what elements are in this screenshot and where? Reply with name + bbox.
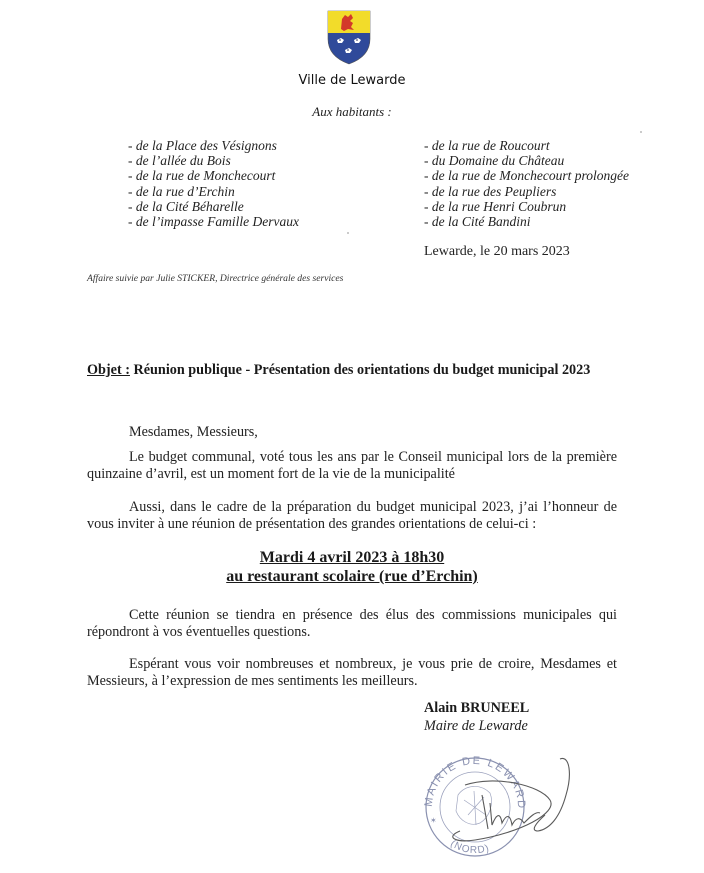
recipient-item: - de l’impasse Famille Dervaux <box>128 214 299 229</box>
addressee: Aux habitants : <box>0 104 704 120</box>
official-stamp-and-signature: MAIRIE DE LEWARDE (NORD) ✶ <box>420 745 590 860</box>
event-location: au restaurant scolaire (rue d’Erchin) <box>0 568 704 586</box>
affaire-line: Affaire suivie par Julie STICKER, Direct… <box>87 273 343 284</box>
paragraph-4-text: Espérant vous voir nombreuses et nombreu… <box>87 656 617 690</box>
coat-of-arms-icon <box>326 9 372 65</box>
subject-label: Objet : <box>87 362 130 378</box>
recipient-item: - de la Cité Béharelle <box>128 199 299 214</box>
recipient-item: - de la rue de Roucourt <box>424 138 629 153</box>
subject-text: Réunion publique - Présentation des orie… <box>130 362 590 378</box>
paragraph-3: Cette réunion se tiendra en présence des… <box>87 607 617 641</box>
stamp-text-top: MAIRIE DE LEWARDE <box>420 745 527 810</box>
greeting: Mesdames, Messieurs, <box>129 424 258 441</box>
recipients-left: - de la Place des Vésignons - de l’allée… <box>128 138 299 229</box>
recipient-item: - de la rue de Monchecourt prolongée <box>424 168 629 183</box>
town-name: Ville de Lewarde <box>0 73 704 88</box>
event-date: Mardi 4 avril 2023 à 18h30 <box>0 549 704 567</box>
recipient-item: - de la Cité Bandini <box>424 214 629 229</box>
recipient-item: - de la rue Henri Coubrun <box>424 199 629 214</box>
paragraph-1-text: Le budget communal, voté tous les ans pa… <box>87 449 617 483</box>
svg-text:✶: ✶ <box>430 816 437 825</box>
recipients-right: - de la rue de Roucourt - du Domaine du … <box>424 138 629 229</box>
paragraph-3-text: Cette réunion se tiendra en présence des… <box>87 607 617 641</box>
recipient-item: - de la rue d’Erchin <box>128 184 299 199</box>
recipient-item: - de la rue de Monchecourt <box>128 168 299 183</box>
signer-name: Alain BRUNEEL <box>424 700 529 717</box>
scan-speck <box>347 232 349 234</box>
paragraph-2-text: Aussi, dans le cadre de la préparation d… <box>87 499 617 533</box>
signer-title: Maire de Lewarde <box>424 718 528 735</box>
paragraph-1: Le budget communal, voté tous les ans pa… <box>87 449 617 483</box>
recipient-item: - du Domaine du Château <box>424 153 629 168</box>
paragraph-4: Espérant vous voir nombreuses et nombreu… <box>87 656 617 690</box>
subject-line: Objet : Réunion publique - Présentation … <box>87 362 590 379</box>
svg-text:MAIRIE DE LEWARDE: MAIRIE DE LEWARDE <box>420 745 527 810</box>
paragraph-2: Aussi, dans le cadre de la préparation d… <box>87 499 617 533</box>
date-line: Lewarde, le 20 mars 2023 <box>424 244 570 260</box>
scan-speck <box>640 131 642 133</box>
recipient-item: - de la rue des Peupliers <box>424 184 629 199</box>
recipient-item: - de la Place des Vésignons <box>128 138 299 153</box>
recipient-item: - de l’allée du Bois <box>128 153 299 168</box>
